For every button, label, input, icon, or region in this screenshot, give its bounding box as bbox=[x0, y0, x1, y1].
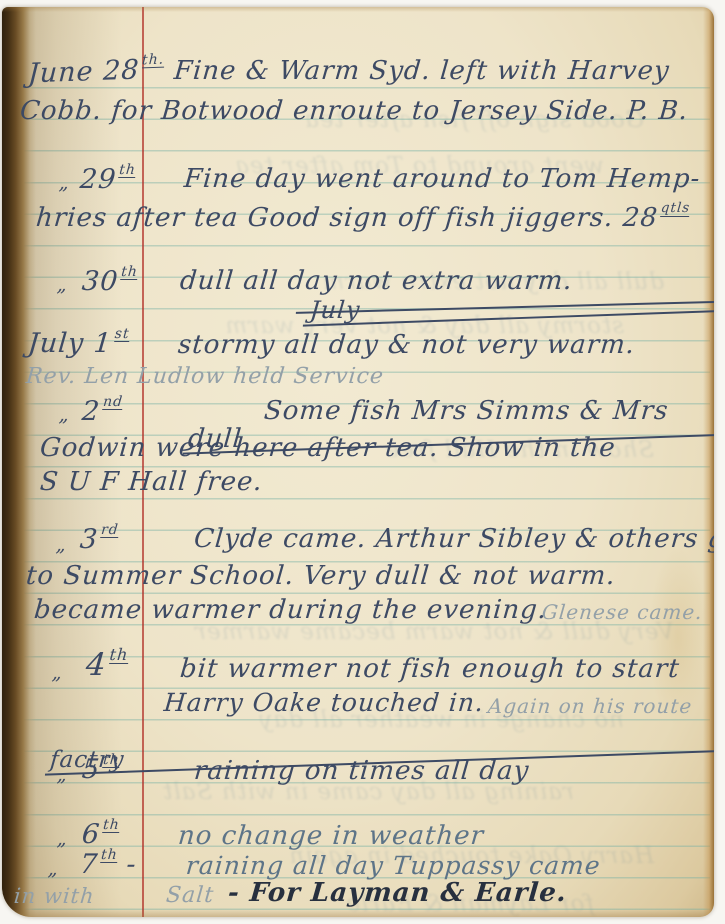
date-superscript: th bbox=[119, 163, 137, 178]
ditto-mark: „ bbox=[56, 275, 67, 296]
entry-text-pencil: Again on his route bbox=[487, 695, 693, 717]
entry-text-pencil: Glenese came. bbox=[541, 601, 704, 623]
entry-text: became warmer during the evening. bbox=[33, 596, 549, 625]
date-superscript: th bbox=[109, 647, 129, 664]
entry-date: July 1st bbox=[27, 329, 130, 359]
entry-date: 6th bbox=[81, 820, 120, 850]
date-superscript: nd bbox=[102, 395, 123, 410]
ditto-mark: „ bbox=[55, 535, 66, 556]
entry-text: Fine & Warm Syd. left with Harvey bbox=[173, 57, 671, 86]
date-superscript: th bbox=[121, 265, 139, 280]
entry-text: Harry Oake touched in. bbox=[163, 689, 485, 717]
entry-date: June 28th. bbox=[27, 55, 164, 89]
entry-date: 5th bbox=[81, 755, 120, 785]
crossed-out-month-heading: July bbox=[309, 297, 714, 323]
ditto-mark: „ bbox=[47, 859, 58, 880]
entry-text-pencil: Rev. Len Ludlow held Service bbox=[25, 365, 385, 389]
ditto-mark: „ bbox=[56, 765, 67, 786]
entry-date: 29th bbox=[79, 165, 137, 195]
diary-page: Good sign off fish after tea went around… bbox=[2, 7, 714, 917]
ditto-mark: „ bbox=[58, 173, 69, 194]
date-superscript: th. bbox=[142, 53, 165, 69]
entry-text: no change in weather bbox=[177, 822, 486, 851]
date-superscript: th bbox=[100, 848, 118, 863]
entry-text: Fine day went around to Tom Hemp- bbox=[183, 165, 702, 194]
entry-text: Clyde came. Arthur Sibley & others gone bbox=[193, 525, 714, 554]
date-superscript: th bbox=[102, 818, 120, 833]
ditto-mark: „ bbox=[56, 829, 67, 850]
entry-text: Godwin were here after tea. Show in the bbox=[39, 434, 617, 463]
entry-date: 2nd bbox=[81, 397, 124, 427]
ditto-mark: „ bbox=[51, 663, 62, 684]
entry-date: 4th bbox=[85, 648, 130, 682]
entry-text: hries after tea Good sign off fish jigge… bbox=[35, 204, 691, 233]
entry-date: 7th - bbox=[79, 850, 138, 880]
entry-text-pencil: in with bbox=[13, 885, 96, 908]
quintals-superscript: qtls bbox=[660, 202, 691, 217]
scanned-diary-photo: { "document": { "type": "handwritten dia… bbox=[0, 0, 725, 924]
handwriting-layer: June 28th. Fine & Warm Syd. left with Ha… bbox=[2, 7, 714, 917]
entry-text: bit warmer not fish enough to start bbox=[179, 655, 681, 684]
entry-text-pencil: Salt bbox=[165, 884, 215, 908]
entry-date: 3rd bbox=[79, 525, 119, 555]
entry-text: raining on times all day bbox=[193, 757, 531, 786]
entry-text: stormy all day & not very warm. bbox=[177, 331, 637, 360]
date-superscript: st bbox=[114, 327, 130, 342]
entry-text: Cobb. for Botwood enroute to Jersey Side… bbox=[19, 97, 690, 126]
date-dash: - bbox=[125, 849, 138, 880]
entry-date: 30th bbox=[81, 267, 139, 297]
entry-text: raining all day Tuppassy came bbox=[185, 852, 602, 880]
entry-text: dull all day not extra warm. bbox=[179, 267, 574, 296]
entry-text: - For Layman & Earle. bbox=[227, 879, 568, 908]
entry-text: S U F Hall free. bbox=[39, 468, 264, 497]
entry-text: to Summer School. Very dull & not warm. bbox=[25, 562, 617, 591]
date-superscript: th bbox=[102, 753, 120, 768]
date-superscript: rd bbox=[100, 523, 119, 538]
ditto-mark: „ bbox=[58, 405, 69, 426]
entry-text: Some fish Mrs Simms & Mrs bbox=[263, 397, 670, 426]
